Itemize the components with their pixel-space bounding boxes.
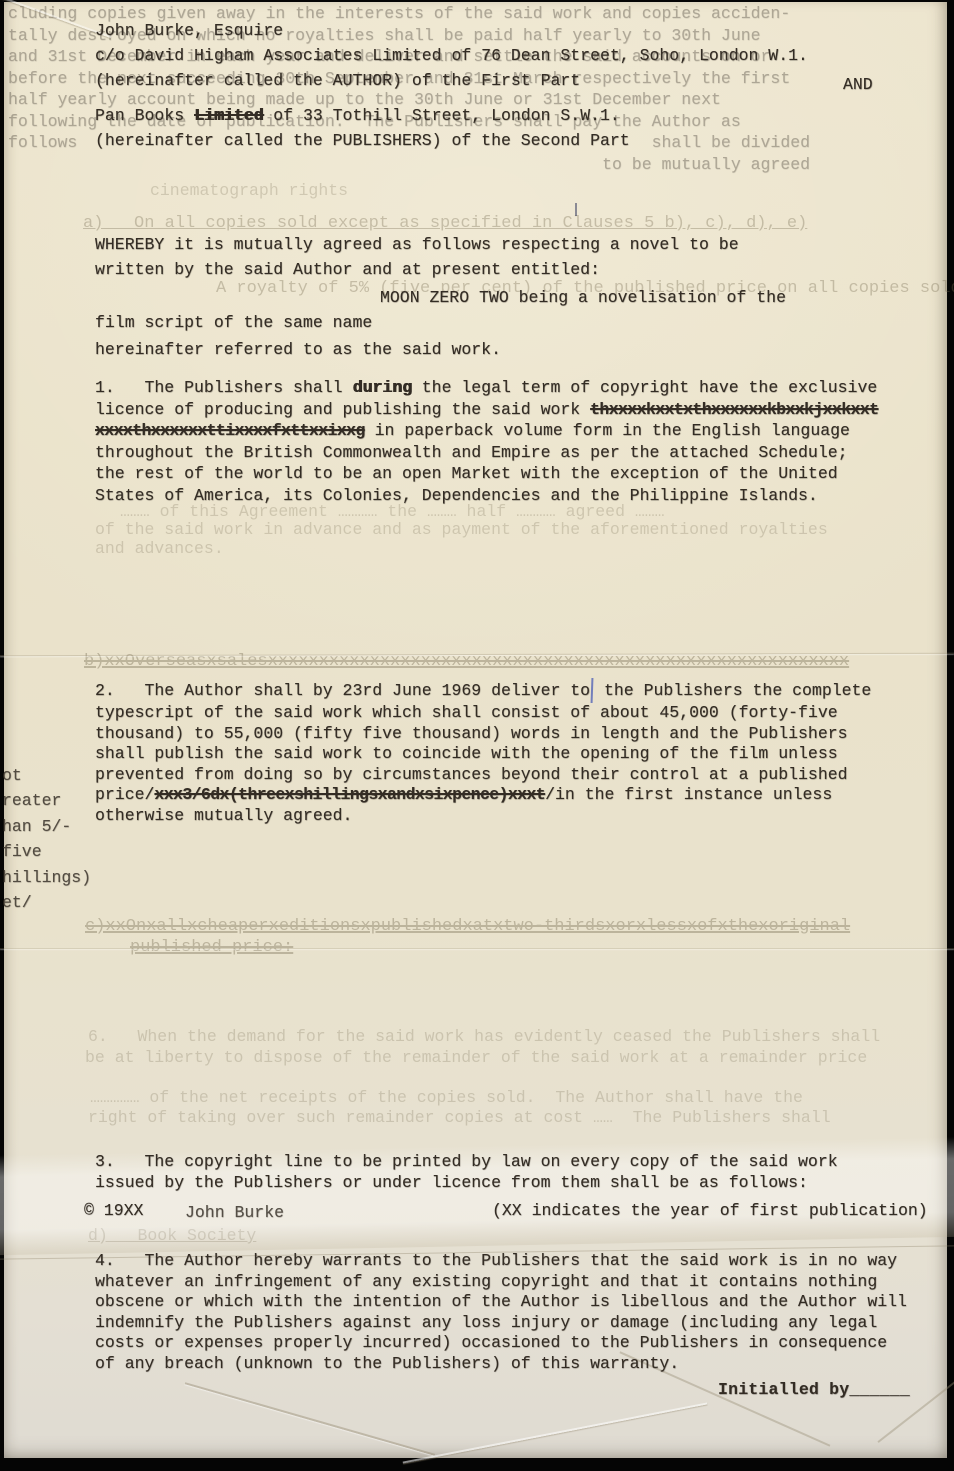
clause-3-line: 3. The copyright line to be printed by l… [95,1151,838,1172]
clause-4-block: 4. The Author hereby warrants to the Pub… [95,1251,907,1374]
recital-line: hereinafter referred to as the said work… [95,339,501,360]
clause-1-block: 1. The Publishers shall during the legal… [95,377,878,506]
and-separator: AND [843,74,873,95]
clause-text: the legal term of copyright have the exc… [412,378,877,397]
clause-2-block: 2. The Author shall by 23rd June 1969 de… [95,678,871,826]
publication-note: (XX indicates the year of first publicat… [492,1200,928,1221]
clause-text: price/ [95,785,154,804]
recitals-block: WHEREBY it is mutually agreed as follows… [95,232,739,282]
clause-2-line: 2. The Author shall by 23rd June 1969 de… [95,678,871,703]
recital-line: film script of the same name [95,312,372,333]
recital-line: written by the said Author and at presen… [95,257,739,282]
clause-4-line: whatever an infringement of any existing… [95,1272,907,1293]
scanned-contract-page: cluding copies given away in the interes… [0,0,954,1471]
clause-text: /in the first instance unless [545,785,832,804]
clause-text: the Publishers the complete [594,681,871,700]
margin-note-block: ot reater han 5/- five hillings) et/ [2,763,91,915]
clause-2-line: prevented from doing so by circumstances… [95,765,871,786]
margin-note-line: hillings) [2,865,91,890]
clause-1-line: 1. The Publishers shall during the legal… [95,377,878,399]
overtyped-word: during [352,378,411,397]
clause-4-line: of any breach (unknown to the Publishers… [95,1354,907,1375]
clause-2-line: typescript of the said work which shall … [95,703,871,724]
author-credit: John Burke [185,1202,284,1223]
clause-1-line: xxxxthxxxxxxttixxxxfxttxxixxg in paperba… [95,420,878,442]
clause-2-line: otherwise mutually agreed. [95,806,871,827]
publisher-designation-line: (hereinafter called the PUBLISHERS) of t… [95,128,630,153]
clause-text: licence of producing and publishing the … [95,400,590,419]
publisher-line: Pan Books Limited of 33 Tothill Street, … [95,103,630,128]
typed-content-layer: John Burke, Esquire c/o David Higham Ass… [0,0,954,1471]
margin-note-line: reater [2,788,91,813]
typed-strikeout: thxxxxkxxtxthxxxxxxkbxxkjxxkxxt [590,400,878,419]
publisher-address: of 33 Tothill Street, London S.W.1. [263,106,619,125]
clause-1-line: throughout the British Commonwealth and … [95,442,878,464]
author-address-line: c/o David Higham Associates Limited of 7… [95,43,808,68]
clause-4-line: 4. The Author hereby warrants to the Pub… [95,1251,907,1272]
margin-note-line: ot [2,763,91,788]
typed-strikeout: xxxxthxxxxxxttixxxxfxttxxixxg [95,421,365,440]
clause-text: in paperback volume form in the English … [365,421,850,440]
margin-note-line: et/ [2,890,91,915]
margin-note-line: han 5/- [2,814,91,839]
clause-text: 2. The Author shall by 23rd June 1969 de… [95,681,590,700]
clause-1-line: States of America, its Colonies, Depende… [95,485,878,507]
clause-4-line: costs or expenses properly incurred) occ… [95,1333,907,1354]
clause-3-block: 3. The copyright line to be printed by l… [95,1151,838,1193]
author-designation-line: (hereinafter called the AUTHOR) of the F… [95,68,808,93]
copyright-notice: © 19XX [84,1200,143,1221]
novel-title-line: MOON ZERO TWO being a novelisation of th… [380,287,786,308]
margin-note-line: five [2,839,91,864]
clause-3-line: issued by the Publishers or under licenc… [95,1172,838,1193]
clause-1-line: the rest of the world to be an open Mark… [95,463,878,485]
pen-mark [575,203,577,216]
clause-1-line: licence of producing and publishing the … [95,399,878,421]
publisher-struck-word: Limited [194,106,263,125]
publisher-address-block: Pan Books Limited of 33 Tothill Street, … [95,103,630,153]
clause-4-line: obscene or which with the intention of t… [95,1292,907,1313]
clause-text: 1. The Publishers shall [95,378,352,397]
clause-2-line: price/xxx3/6dx(threexshillingsxandxsixpe… [95,785,871,806]
publisher-name-prefix: Pan Books [95,106,194,125]
clause-2-line: thousand) to 55,000 (fifty five thousand… [95,724,871,745]
author-address-block: John Burke, Esquire c/o David Higham Ass… [95,18,808,93]
clause-2-line: shall publish the said work to coincide … [95,744,871,765]
initialled-by-line: Initialled by______ [718,1379,910,1400]
clause-4-line: indemnify the Publishers against any los… [95,1313,907,1334]
recital-line: WHEREBY it is mutually agreed as follows… [95,232,739,257]
author-name-line: John Burke, Esquire [95,18,808,43]
typed-strikeout: xxx3/6dx(threexshillingsxandxsixpence)xx… [154,785,545,804]
